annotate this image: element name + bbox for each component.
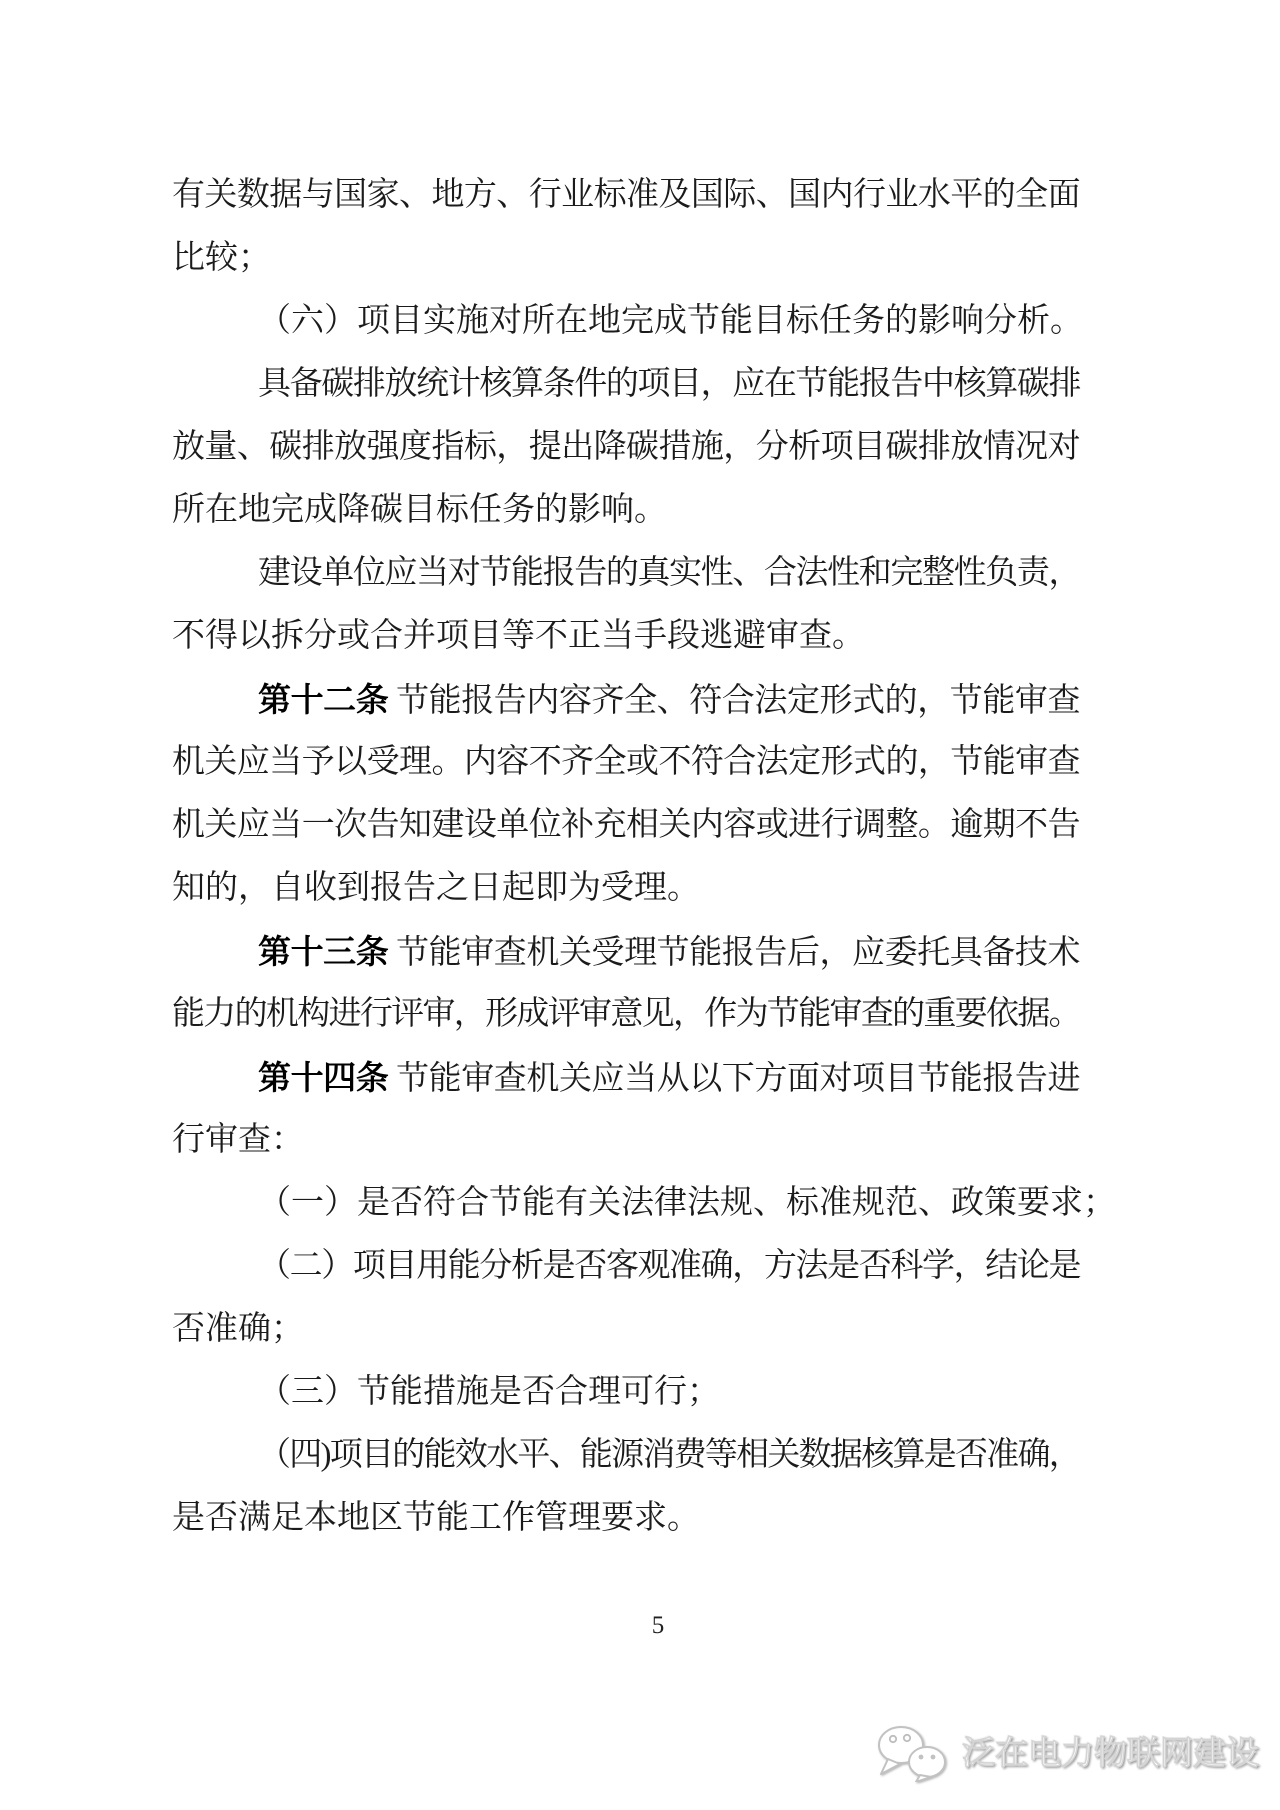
document-line-text: 建设单位应当对节能报告的真实性、合法性和完整性负责， bbox=[258, 542, 1080, 605]
document-line: 能力的机构进行评审，形成评审意见，作为节能审查的重要依据。 bbox=[172, 983, 1080, 1046]
text-run: 知的，自收到报告之日起即为受理。 bbox=[172, 870, 700, 906]
document-line-text: 是否满足本地区节能工作管理要求。 bbox=[172, 1487, 700, 1550]
document-line: 知的，自收到报告之日起即为受理。 bbox=[172, 857, 1080, 920]
document-line-text: （六）项目实施对所在地完成节能目标任务的影响分析。 bbox=[258, 290, 1083, 353]
watermark-text: 泛在电力物联网建设 bbox=[962, 1724, 1259, 1782]
document-line-text: 第十二条 节能报告内容齐全、符合法定形式的，节能审查 bbox=[258, 668, 1080, 733]
text-run: 建设单位应当对节能报告的真实性、合法性和完整性负责， bbox=[258, 555, 1080, 591]
text-run: 具备碳排放统计核算条件的项目，应在节能报告中核算碳排 bbox=[258, 366, 1080, 402]
text-run: 不得以拆分或合并项目等不正当手段逃避审查。 bbox=[172, 618, 865, 654]
document-line-text: 机关应当一次告知建设单位补充相关内容或进行调整。逾期不告 bbox=[172, 794, 1080, 857]
clause-heading: 第十二条 bbox=[258, 681, 388, 718]
document-line: 所在地完成降碳目标任务的影响。 bbox=[172, 479, 1080, 542]
document-line-text: （一）是否符合节能有关法律法规、标准规范、政策要求； bbox=[258, 1172, 1116, 1235]
document-body: 有关数据与国家、地方、行业标准及国际、国内行业水平的全面比较；（六）项目实施对所… bbox=[172, 164, 1080, 1550]
text-run: 节能审查机关受理节能报告后，应委托具备技术 bbox=[388, 935, 1080, 971]
text-run: （六）项目实施对所在地完成节能目标任务的影响分析。 bbox=[258, 303, 1083, 339]
document-line: （四)项目的能效水平、能源消费等相关数据核算是否准确， bbox=[172, 1424, 1080, 1487]
watermark: 泛在电力物联网建设 bbox=[874, 1724, 1259, 1782]
document-line: 有关数据与国家、地方、行业标准及国际、国内行业水平的全面 bbox=[172, 164, 1080, 227]
text-run: 是否满足本地区节能工作管理要求。 bbox=[172, 1500, 700, 1536]
text-run: 行审查： bbox=[172, 1122, 304, 1158]
document-line: 第十三条 节能审查机关受理节能报告后，应委托具备技术 bbox=[172, 920, 1080, 983]
page-number: 5 bbox=[0, 1612, 1280, 1640]
document-line-text: （二）项目用能分析是否客观准确，方法是否科学，结论是 bbox=[258, 1235, 1080, 1298]
document-line-text: 机关应当予以受理。内容不齐全或不符合法定形式的，节能审查 bbox=[172, 731, 1080, 794]
document-line-text: （三）节能措施是否合理可行； bbox=[258, 1361, 720, 1424]
text-run: （四)项目的能效水平、能源消费等相关数据核算是否准确， bbox=[258, 1437, 1080, 1473]
text-run: （三）节能措施是否合理可行； bbox=[258, 1374, 720, 1410]
document-line-text: 第十三条 节能审查机关受理节能报告后，应委托具备技术 bbox=[258, 920, 1080, 985]
document-line-text: 第十四条 节能审查机关应当从以下方面对项目节能报告进 bbox=[258, 1046, 1080, 1111]
document-line-text: 能力的机构进行评审，形成评审意见，作为节能审查的重要依据。 bbox=[172, 983, 1080, 1046]
document-line: 行审查： bbox=[172, 1109, 1080, 1172]
document-line-text: 具备碳排放统计核算条件的项目，应在节能报告中核算碳排 bbox=[258, 353, 1080, 416]
document-line-text: 不得以拆分或合并项目等不正当手段逃避审查。 bbox=[172, 605, 865, 668]
text-run: （一）是否符合节能有关法律法规、标准规范、政策要求； bbox=[258, 1185, 1116, 1221]
wechat-icon bbox=[874, 1724, 956, 1782]
document-line-text: 比较； bbox=[172, 227, 271, 290]
document-line: （三）节能措施是否合理可行； bbox=[172, 1361, 1080, 1424]
text-run: （二）项目用能分析是否客观准确，方法是否科学，结论是 bbox=[258, 1248, 1080, 1284]
text-run: 节能报告内容齐全、符合法定形式的，节能审查 bbox=[388, 683, 1080, 719]
document-line: 放量、碳排放强度指标，提出降碳措施，分析项目碳排放情况对 bbox=[172, 416, 1080, 479]
document-line: 建设单位应当对节能报告的真实性、合法性和完整性负责， bbox=[172, 542, 1080, 605]
text-run: 有关数据与国家、地方、行业标准及国际、国内行业水平的全面 bbox=[172, 177, 1080, 213]
document-line: 第十二条 节能报告内容齐全、符合法定形式的，节能审查 bbox=[172, 668, 1080, 731]
clause-heading: 第十四条 bbox=[258, 1059, 388, 1096]
document-line-text: 有关数据与国家、地方、行业标准及国际、国内行业水平的全面 bbox=[172, 164, 1080, 227]
document-line: 第十四条 节能审查机关应当从以下方面对项目节能报告进 bbox=[172, 1046, 1080, 1109]
text-run: 否准确； bbox=[172, 1311, 304, 1347]
document-line: 机关应当一次告知建设单位补充相关内容或进行调整。逾期不告 bbox=[172, 794, 1080, 857]
document-line: 机关应当予以受理。内容不齐全或不符合法定形式的，节能审查 bbox=[172, 731, 1080, 794]
document-line-text: （四)项目的能效水平、能源消费等相关数据核算是否准确， bbox=[258, 1424, 1080, 1487]
document-line-text: 所在地完成降碳目标任务的影响。 bbox=[172, 479, 667, 542]
clause-heading: 第十三条 bbox=[258, 933, 388, 970]
document-line: 否准确； bbox=[172, 1298, 1080, 1361]
document-line-text: 放量、碳排放强度指标，提出降碳措施，分析项目碳排放情况对 bbox=[172, 416, 1080, 479]
document-line-text: 否准确； bbox=[172, 1298, 304, 1361]
text-run: 节能审查机关应当从以下方面对项目节能报告进 bbox=[388, 1061, 1080, 1097]
text-run: 能力的机构进行评审，形成评审意见，作为节能审查的重要依据。 bbox=[172, 996, 1080, 1032]
text-run: 所在地完成降碳目标任务的影响。 bbox=[172, 492, 667, 528]
document-line: （一）是否符合节能有关法律法规、标准规范、政策要求； bbox=[172, 1172, 1080, 1235]
document-line: 比较； bbox=[172, 227, 1080, 290]
document-line: 不得以拆分或合并项目等不正当手段逃避审查。 bbox=[172, 605, 1080, 668]
text-run: 机关应当一次告知建设单位补充相关内容或进行调整。逾期不告 bbox=[172, 807, 1080, 843]
document-page: 有关数据与国家、地方、行业标准及国际、国内行业水平的全面比较；（六）项目实施对所… bbox=[0, 0, 1280, 1810]
document-line: （六）项目实施对所在地完成节能目标任务的影响分析。 bbox=[172, 290, 1080, 353]
text-run: 机关应当予以受理。内容不齐全或不符合法定形式的，节能审查 bbox=[172, 744, 1080, 780]
document-line-text: 知的，自收到报告之日起即为受理。 bbox=[172, 857, 700, 920]
text-run: 放量、碳排放强度指标，提出降碳措施，分析项目碳排放情况对 bbox=[172, 429, 1080, 465]
text-run: 比较； bbox=[172, 240, 271, 276]
document-line: 具备碳排放统计核算条件的项目，应在节能报告中核算碳排 bbox=[172, 353, 1080, 416]
document-line: 是否满足本地区节能工作管理要求。 bbox=[172, 1487, 1080, 1550]
document-line: （二）项目用能分析是否客观准确，方法是否科学，结论是 bbox=[172, 1235, 1080, 1298]
document-line-text: 行审查： bbox=[172, 1109, 304, 1172]
